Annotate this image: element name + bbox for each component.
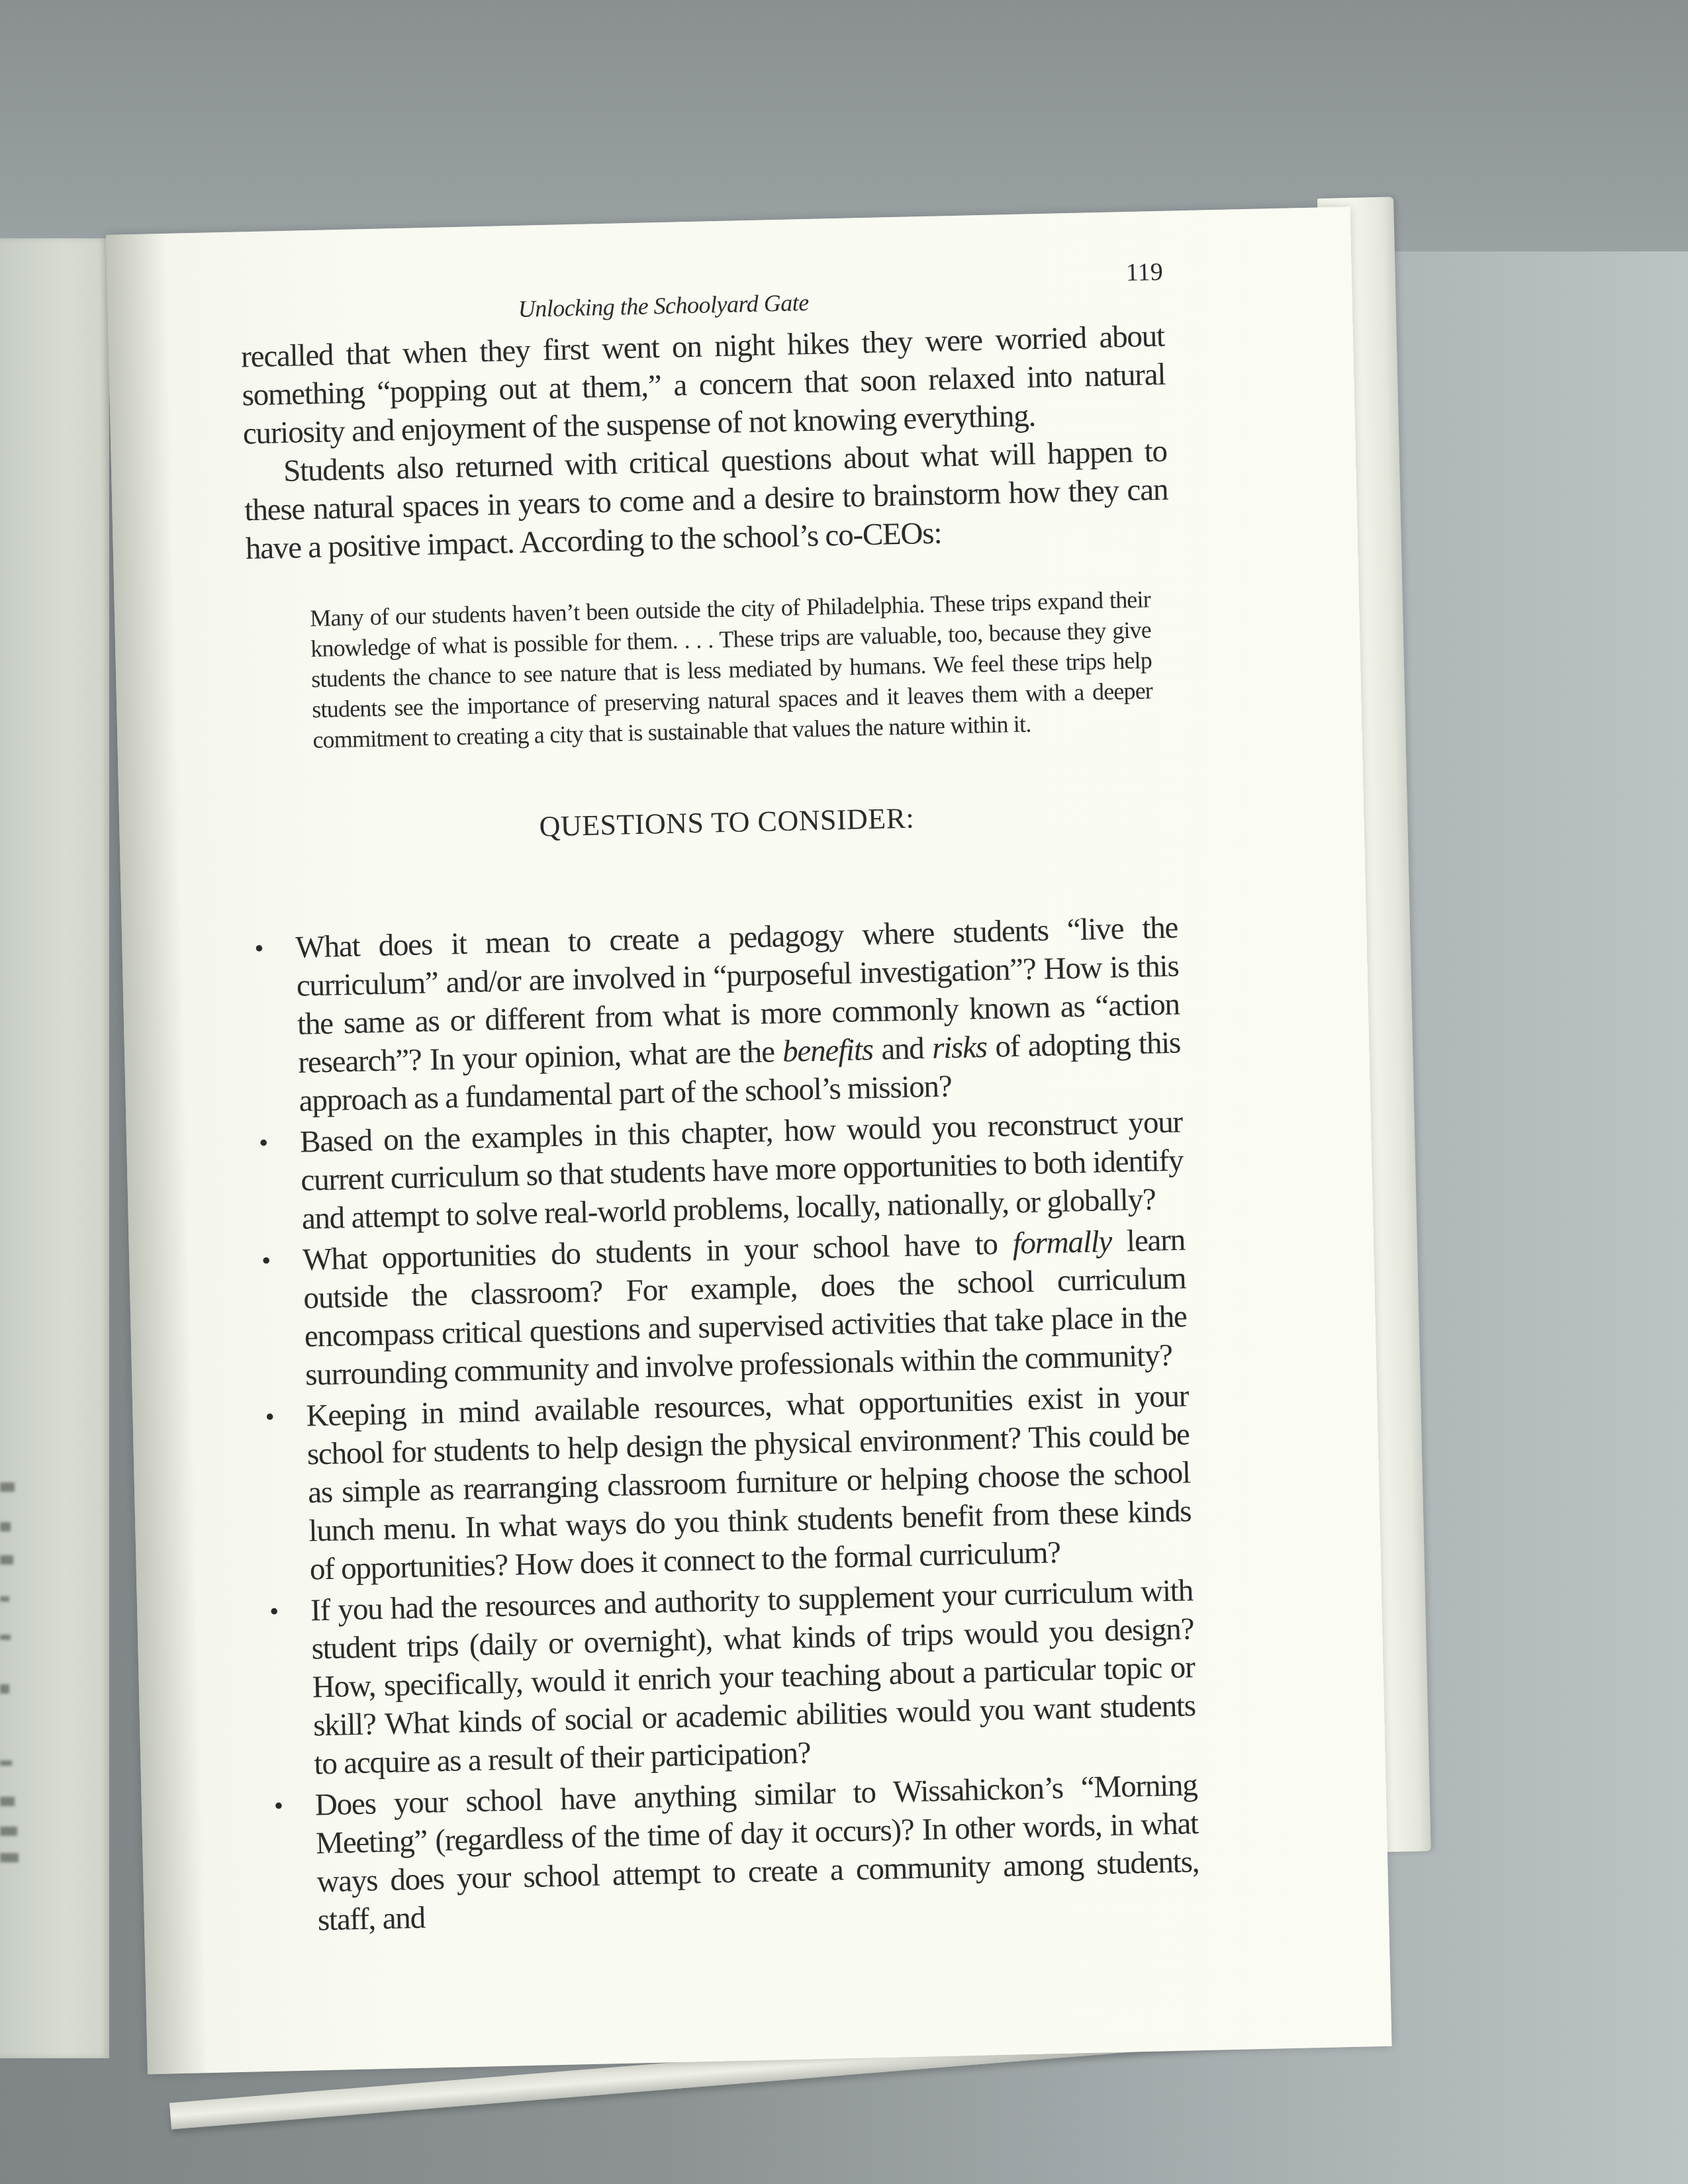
bleed-through-mark [0,1522,11,1531]
paragraph: recalled that when they first went on ni… [241,317,1167,453]
emphasis-text: risks [931,1030,987,1066]
bullet-icon: • [254,929,263,968]
bleed-through-mark [0,1827,17,1836]
bullet-icon: • [269,1592,279,1631]
question-item: •If you had the resources and authority … [269,1571,1197,1784]
book-page: Unlocking the Schoolyard Gate 119 recall… [106,206,1392,2074]
bleed-through-mark [0,1555,13,1565]
emphasis-text: formally [1012,1224,1112,1261]
page-content: Unlocking the Schoolyard Gate 119 recall… [240,257,1201,1943]
bullet-icon: • [259,1124,268,1162]
bleed-through-mark [0,1684,9,1694]
paragraph: Students also returned with critical que… [244,432,1170,569]
emphasis-text: benefits [782,1032,874,1069]
questions-list: •What does it mean to create a pedagogy … [254,909,1200,1940]
bullet-icon: • [265,1398,274,1436]
question-item: •Based on the examples in this chapter, … [259,1103,1185,1239]
scan-background [0,0,1688,251]
page-number: 119 [1126,257,1164,287]
question-text: and [872,1031,932,1067]
bullet-icon: • [273,1787,283,1825]
running-title: Unlocking the Schoolyard Gate [518,289,809,323]
question-text: Keeping in mind available resources, wha… [306,1379,1192,1586]
bullet-icon: • [261,1242,271,1280]
question-text: Based on the examples in this chapter, h… [300,1105,1184,1236]
bleed-through-mark [0,1635,11,1640]
question-item: •Does your school have anything similar … [273,1766,1200,1940]
bleed-through-mark [0,1596,9,1602]
question-text: Does your school have anything similar t… [314,1768,1199,1937]
question-item: •What opportunities do students in your … [261,1220,1188,1395]
bleed-through-mark [0,1760,12,1766]
left-page-edge [0,238,109,2058]
question-item: •What does it mean to create a pedagogy … [254,909,1182,1122]
question-text: If you had the resources and authority t… [310,1573,1196,1781]
gutter-shadow [106,234,207,2074]
question-item: •Keeping in mind available resources, wh… [265,1377,1192,1590]
section-heading: QUESTIONS TO CONSIDER: [252,796,1176,850]
bleed-through-mark [0,1797,15,1806]
block-quote: Many of our students haven’t been outsid… [310,584,1154,755]
bleed-through-mark [0,1482,15,1492]
bleed-through-mark [0,1853,19,1862]
